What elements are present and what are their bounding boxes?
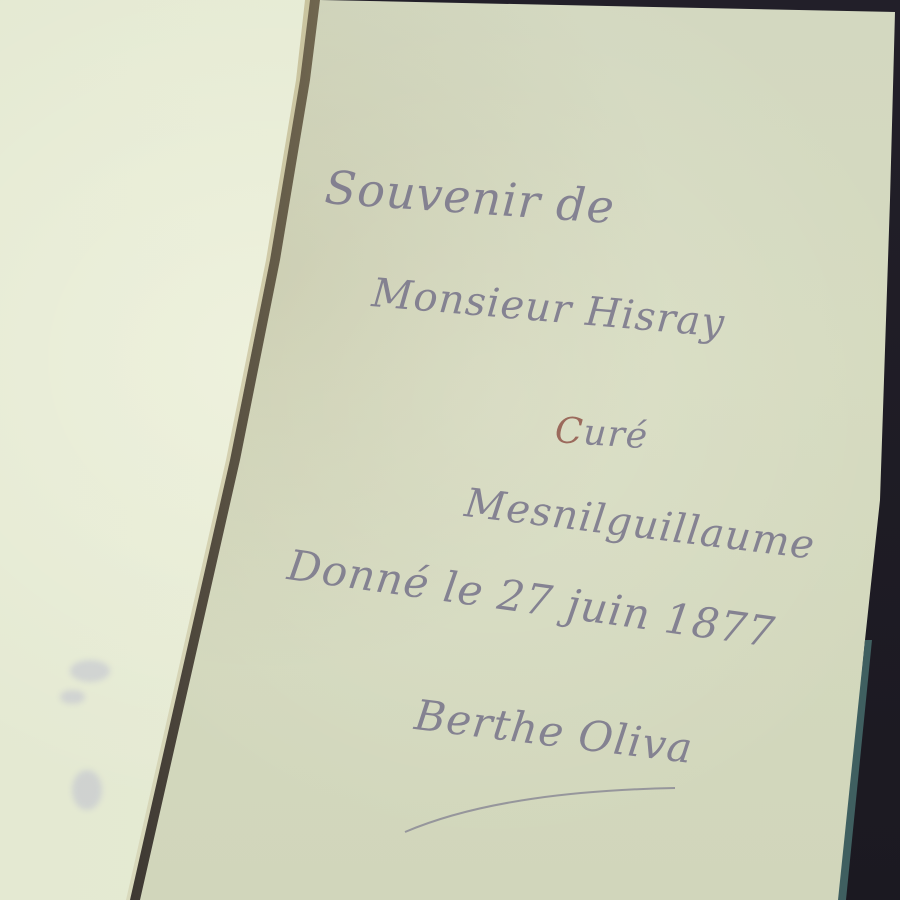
inscription-line-monsieur: Monsieur Hisray [370,270,727,347]
inscription-line-signature: Berthe Oliva [412,690,696,773]
cure-rest: uré [582,412,649,457]
signature-flourish [400,770,680,840]
ink-smudge [60,690,85,704]
inscription-line-souvenir: Souvenir de [323,160,617,234]
inscription-line-date: Donné le 27 juin 1877 [285,540,779,657]
inscription-line-cure: Curé [554,410,650,457]
red-initial: C [554,410,585,453]
inscription-line-parish: Mesnilguillaume [462,480,817,569]
ink-smudge [70,660,110,682]
ink-smudge [72,770,102,810]
book-photo: Souvenir de Monsieur Hisray Curé Mesnilg… [0,0,900,900]
